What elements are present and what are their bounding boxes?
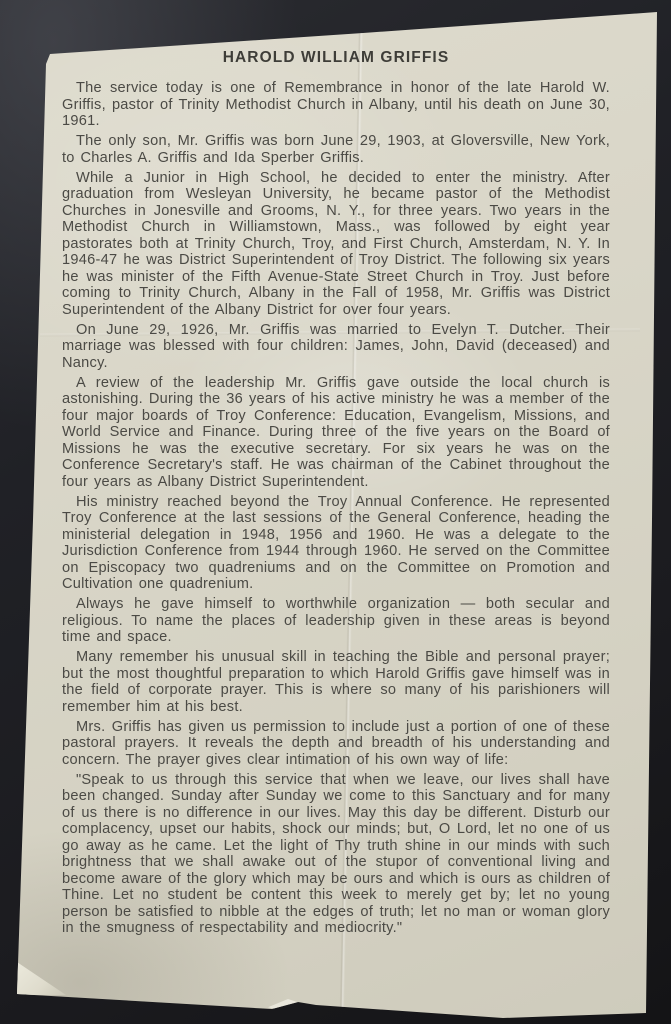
bottom-edge-tear xyxy=(268,999,318,1014)
page-content: HAROLD WILLIAM GRIFFIS The service today… xyxy=(62,49,610,940)
paragraph-conference-leadership: A review of the leadership Mr. Griffis g… xyxy=(62,375,610,491)
paragraph-service-remembrance: The service today is one of Remembrance … xyxy=(62,80,610,130)
page-title: HAROLD WILLIAM GRIFFIS xyxy=(62,49,610,67)
document-page: HAROLD WILLIAM GRIFFIS The service today… xyxy=(0,0,671,1024)
paragraph-marriage-family: On June 29, 1926, Mr. Griffis was marrie… xyxy=(62,322,610,372)
paragraph-ministry-career: While a Junior in High School, he decide… xyxy=(62,170,610,319)
photo-background: HAROLD WILLIAM GRIFFIS The service today… xyxy=(0,0,671,1024)
paragraph-teaching-prayer: Many remember his unusual skill in teach… xyxy=(62,649,610,715)
paragraph-pastoral-prayers-intro: Mrs. Griffis has given us permission to … xyxy=(62,719,610,769)
paragraph-birth: The only son, Mr. Griffis was born June … xyxy=(62,133,610,166)
paragraph-worthwhile-organization: Always he gave himself to worthwhile org… xyxy=(62,596,610,646)
bottom-left-corner-fold xyxy=(16,960,66,995)
paragraph-beyond-troy-conference: His ministry reached beyond the Troy Ann… xyxy=(62,494,610,593)
paragraph-prayer-quote: "Speak to us through this service that w… xyxy=(62,772,610,937)
